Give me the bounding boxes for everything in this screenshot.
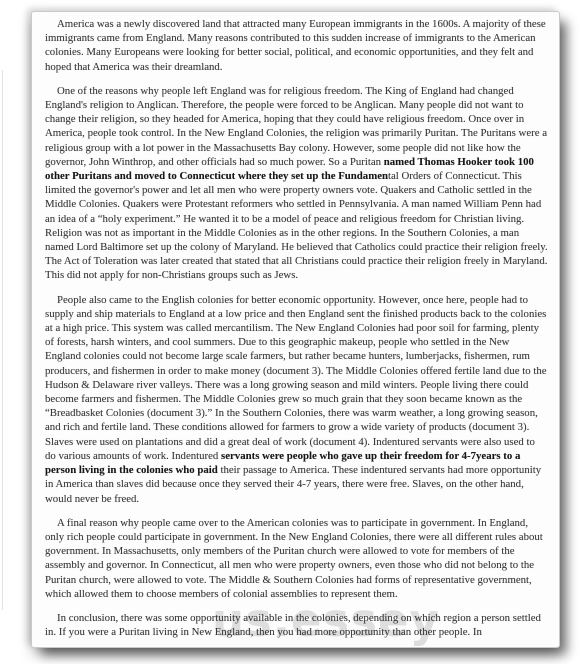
essay-sheet: us.essey America was a newly discovered … [31,11,560,648]
essay-paragraph: A final reason why people came over to t… [45,516,548,601]
paragraph-segment: In conclusion, there was some opportunit… [45,612,541,638]
paragraph-segment: America was a newly discovered land that… [45,18,546,73]
scan-edge-line [2,70,3,610]
essay-paragraph: America was a newly discovered land that… [45,17,548,74]
scanned-essay-page: us.essey America was a newly discovered … [0,0,582,664]
paragraph-segment: People also came to the English colonies… [45,294,547,462]
paragraph-segment: A final reason why people came over to t… [45,517,543,600]
paragraph-segment: tal Orders of Connecticut. This limited … [45,170,548,281]
essay-paragraph: One of the reasons why people left Engla… [45,84,548,283]
essay-paragraph: In conclusion, there was some opportunit… [45,611,548,639]
essay-body: America was a newly discovered land that… [32,12,559,639]
essay-paragraph: People also came to the English colonies… [45,293,548,506]
